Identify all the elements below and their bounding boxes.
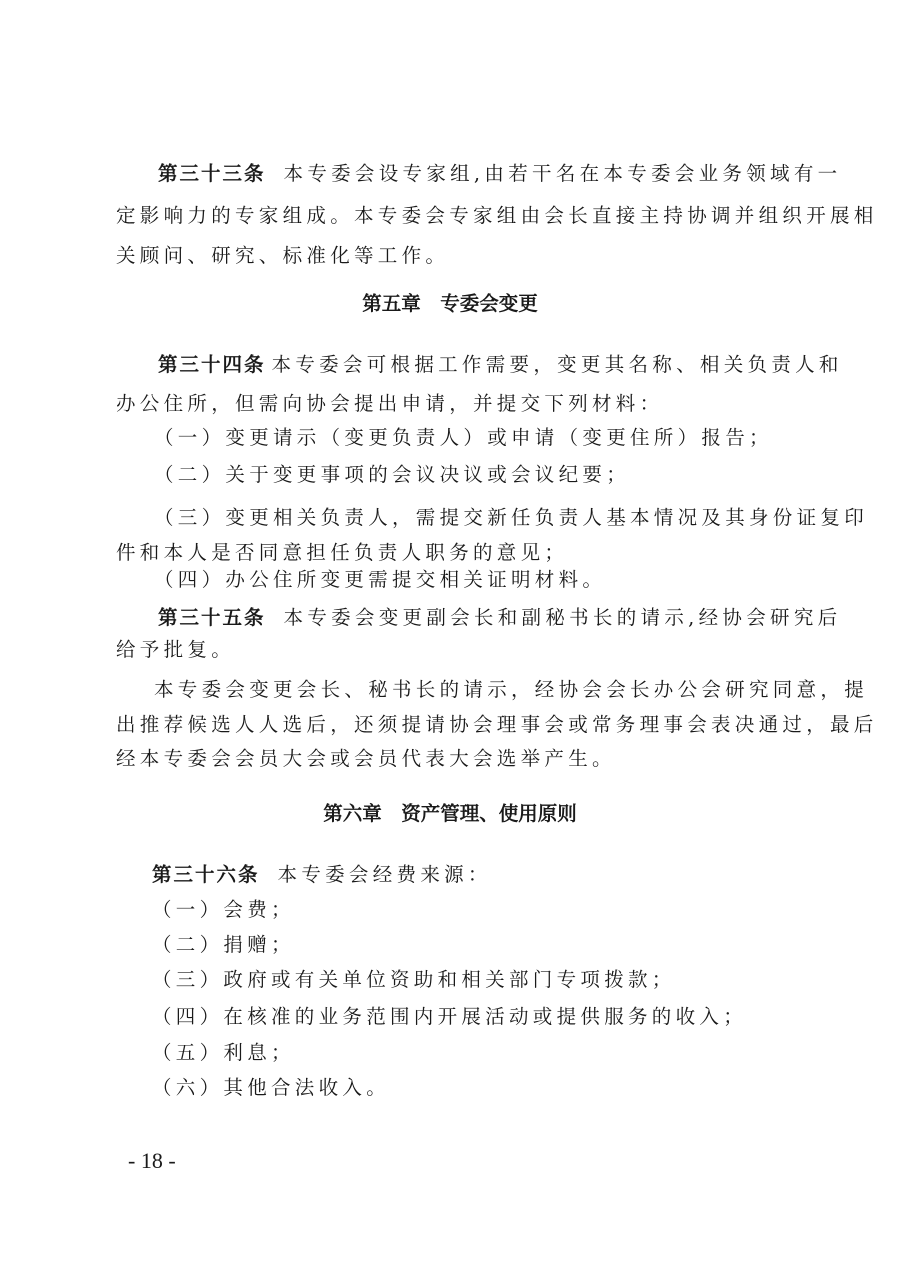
- article-36-text: 本专委会经费来源：: [278, 863, 492, 886]
- article-35-label: 第三十五条: [158, 606, 266, 629]
- article-36-label: 第三十六条: [152, 863, 260, 886]
- article-36-item-1: （一）会费；: [152, 897, 295, 923]
- article-34-item-3-line-2: 件和本人是否同意担任负责人职务的意见；: [116, 540, 568, 566]
- article-34-label: 第三十四条: [158, 353, 266, 376]
- article-35-para2-line-3: 经本专委会会员大会或会员代表大会选举产生。: [116, 746, 616, 772]
- article-34-line-2: 办公住所，但需向协会提出申请，并提交下列材料：: [116, 391, 663, 417]
- article-34-item-1: （一）变更请示（变更负责人）或申请（变更住所）报告；: [154, 425, 773, 451]
- article-34-item-3-line-1: （三）变更相关负责人，需提交新任负责人基本情况及其身份证复印: [154, 505, 868, 531]
- article-35-para2-line-1: 本专委会变更会长、秘书长的请示，经协会会长办公会研究同意，提: [154, 677, 868, 703]
- article-35-line-2: 给予批复。: [116, 637, 235, 663]
- article-36-item-6: （六）其他合法收入。: [152, 1075, 390, 1101]
- article-35-para2-line-2: 出推荐候选人人选后，还须提请协会理事会或常务理事会表决通过，最后: [116, 712, 878, 738]
- chapter-5-title: 第五章 专委会变更: [0, 291, 900, 317]
- article-33-text: 本专委会设专家组,由若干名在本专委会业务领域有一: [284, 162, 842, 185]
- article-35-text: 本专委会变更副会长和副秘书长的请示,经协会研究后: [284, 606, 842, 629]
- article-33-label: 第三十三条: [158, 162, 266, 185]
- page-number: - 18 -: [128, 1148, 176, 1174]
- article-35-line-1: 第三十五条本专委会变更副会长和副秘书长的请示,经协会研究后: [158, 605, 841, 631]
- article-34-item-2: （二）关于变更事项的会议决议或会议纪要；: [154, 462, 630, 488]
- document-page: 第三十三条本专委会设专家组,由若干名在本专委会业务领域有一 定影响力的专家组成。…: [0, 0, 900, 1273]
- article-34-item-4: （四）办公住所变更需提交相关证明材料。: [154, 567, 606, 593]
- article-33-line-2: 定影响力的专家组成。本专委会专家组由会长直接主持协调并组织开展相: [116, 203, 878, 229]
- article-34-line-1: 第三十四条本专委会可根据工作需要，变更其名称、相关负责人和: [158, 352, 843, 378]
- article-36-line-1: 第三十六条本专委会经费来源：: [152, 862, 492, 888]
- chapter-6-title: 第六章 资产管理、使用原则: [0, 801, 900, 827]
- article-36-item-4: （四）在核准的业务范围内开展活动或提供服务的收入；: [152, 1004, 747, 1030]
- article-36-item-2: （二）捐赠；: [152, 932, 295, 958]
- article-33-line-1: 第三十三条本专委会设专家组,由若干名在本专委会业务领域有一: [158, 161, 841, 187]
- article-36-item-3: （三）政府或有关单位资助和相关部门专项拨款；: [152, 967, 676, 993]
- article-33-line-3: 关顾问、研究、标准化等工作。: [116, 243, 449, 269]
- article-34-text: 本专委会可根据工作需要，变更其名称、相关负责人和: [272, 353, 843, 376]
- article-36-item-5: （五）利息；: [152, 1040, 295, 1066]
